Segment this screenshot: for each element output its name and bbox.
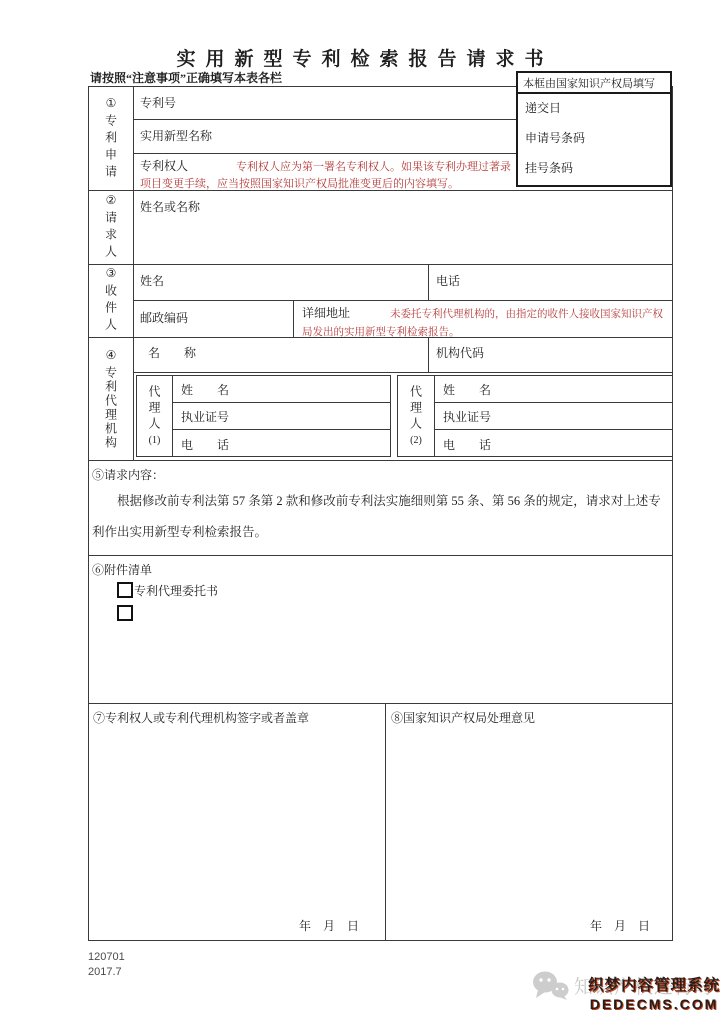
- table-line: [397, 456, 672, 457]
- phone-label: 电话: [436, 272, 460, 289]
- attachment1-label: 专利代理委托书: [134, 582, 218, 599]
- section1-number: ①: [106, 96, 117, 111]
- watermark-overlay-line2: DEDECMS.COM: [588, 996, 720, 1012]
- table-line: [136, 456, 391, 457]
- request-content-body: 根据修改前专利法第 57 条第 2 款和修改前专利法实施细则第 55 条、第 5…: [92, 486, 668, 548]
- table-line: [434, 402, 672, 403]
- agent2-label-text: 代理人: [408, 385, 425, 433]
- section4-number: ④: [106, 348, 117, 363]
- table-line: [172, 429, 390, 430]
- section4-label: ④ 专利代理机构: [89, 338, 133, 459]
- section2-label-text: 请求人: [103, 211, 120, 262]
- table-line: [133, 119, 516, 120]
- table-line: [88, 940, 673, 941]
- utility-model-name-label: 实用新型名称: [140, 127, 212, 144]
- address-row: 详细地址未委托专利代理机构的，由指定的收件人接收国家知识产权局发出的实用新型专利…: [293, 300, 672, 337]
- table-line: [88, 460, 672, 461]
- watermark-overlay: 织梦内容管理系统 DEDECMS.COM: [588, 973, 720, 1012]
- address-label: 详细地址: [302, 306, 350, 320]
- form-page: 实用新型专利检索报告请求书 请按照“注意事项”正确填写本表各栏 本框由国家知识产…: [0, 0, 720, 1018]
- section4-label-text: 专利代理机构: [103, 366, 120, 450]
- form-title: 实用新型专利检索报告请求书: [0, 44, 720, 71]
- agent1-phone-label: 电 话: [181, 436, 229, 453]
- form-version-date: 2017.7: [88, 966, 122, 978]
- agency-name-label: 名 称: [148, 344, 196, 361]
- patentee-note: 专利权人应为第一署名专利权人。如果该专利办理过著录项目变更手续，应当按照国家知识…: [140, 161, 511, 190]
- request-content-heading: ⑤请求内容：: [92, 466, 164, 483]
- office-opinion-date: 年 月 日: [385, 917, 672, 934]
- section2-number: ②: [106, 193, 117, 208]
- signature-heading: ⑦专利权人或专利代理机构签字或者盖章: [93, 709, 309, 726]
- signature-date: 年 月 日: [88, 917, 385, 934]
- table-line: [434, 429, 672, 430]
- table-line: [428, 337, 429, 372]
- table-line: [133, 372, 672, 373]
- agent2-index: (2): [410, 435, 422, 446]
- agent1-label-text: 代理人: [146, 385, 163, 433]
- registration-barcode-label: 挂号条码: [525, 159, 573, 176]
- patent-number-label: 专利号: [140, 94, 176, 111]
- agency-code-label: 机构代码: [436, 344, 484, 361]
- agent2-license-label: 执业证号: [443, 408, 491, 425]
- attachment1-checkbox[interactable]: [117, 582, 133, 598]
- attachment2-checkbox[interactable]: [117, 605, 133, 621]
- table-line: [434, 375, 435, 456]
- wechat-icon: [532, 970, 570, 1007]
- address-note: 未委托专利代理机构的，由指定的收件人接收国家知识产权局发出的实用新型专利检索报告…: [302, 309, 663, 338]
- table-line: [428, 264, 429, 300]
- office-opinion-heading: ⑧国家知识产权局处理意见: [391, 709, 535, 726]
- agent1-label: 代理人 (1): [137, 376, 172, 455]
- recipient-name-label: 姓名: [140, 272, 164, 289]
- section3-label: ③ 收件人: [89, 265, 133, 336]
- table-line: [88, 264, 672, 265]
- table-line: [88, 703, 672, 704]
- table-line: [385, 703, 386, 940]
- official-box-header: 本框由国家知识产权局填写: [518, 73, 670, 94]
- table-line: [136, 375, 390, 376]
- fill-instructions: 请按照“注意事项”正确填写本表各栏: [90, 69, 282, 86]
- form-code: 120701: [88, 951, 125, 963]
- official-use-box: 本框由国家知识产权局填写 递交日 申请号条码 挂号条码: [516, 71, 672, 187]
- table-line: [390, 375, 391, 456]
- table-line: [172, 375, 173, 456]
- postal-code-label: 邮政编码: [140, 309, 188, 326]
- attachment-list-heading: ⑥附件清单: [92, 561, 152, 578]
- table-line: [133, 86, 134, 460]
- agent2-phone-label: 电 话: [443, 436, 491, 453]
- agent1-index: (1): [149, 435, 161, 446]
- section2-label: ② 请求人: [89, 191, 133, 263]
- section1-label-text: 专利申请: [103, 114, 120, 182]
- section1-label: ① 专利申请: [89, 87, 133, 190]
- table-line: [672, 86, 673, 940]
- section3-label-text: 收件人: [103, 284, 120, 335]
- application-barcode-label: 申请号条码: [525, 129, 585, 146]
- submission-date-label: 递交日: [525, 99, 561, 116]
- agent1-name-label: 姓 名: [181, 381, 229, 398]
- patentee-label: 专利权人: [140, 159, 188, 173]
- patentee-row: 专利权人专利权人应为第一署名专利权人。如果该专利办理过著录项目变更手续，应当按照…: [133, 153, 516, 190]
- agent2-name-label: 姓 名: [443, 381, 491, 398]
- watermark: 知识产权进行时 织梦内容管理系统 DEDECMS.COM: [528, 960, 720, 1018]
- watermark-overlay-line1: 织梦内容管理系统: [588, 973, 720, 995]
- requester-name-label: 姓名或名称: [140, 198, 200, 215]
- agent2-label: 代理人 (2): [398, 376, 434, 455]
- agent1-license-label: 执业证号: [181, 408, 229, 425]
- section3-number: ③: [106, 266, 117, 281]
- table-line: [88, 555, 672, 556]
- table-line: [397, 375, 672, 376]
- table-line: [172, 402, 390, 403]
